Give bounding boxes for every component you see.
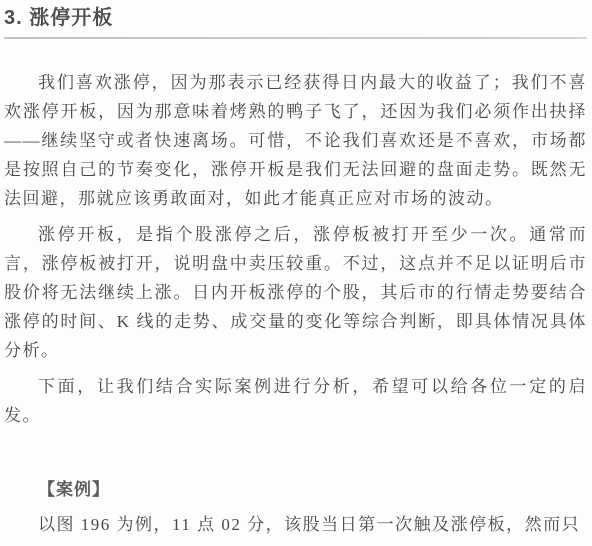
- section-title: 3. 涨停开板: [4, 6, 587, 30]
- title-divider: [4, 37, 587, 39]
- case-paragraph: 以图 196 为例，11 点 02 分，该股当日第一次触及涨停板，然而只: [4, 510, 587, 539]
- body-text: 我们喜欢涨停，因为那表示已经获得日内最大的收益了；我们不喜欢涨停开板，因为那意味…: [4, 68, 587, 539]
- book-page: 3. 涨停开板 我们喜欢涨停，因为那表示已经获得日内最大的收益了；我们不喜欢涨停…: [0, 0, 592, 546]
- paragraph-lead-in: 下面，让我们结合实际案例进行分析，希望可以给各位一定的启发。: [4, 372, 587, 430]
- paragraph-definition: 涨停开板，是指个股涨停之后，涨停板被打开至少一次。通常而言，涨停板被打开，说明盘…: [4, 220, 587, 365]
- paragraph-intro: 我们喜欢涨停，因为那表示已经获得日内最大的收益了；我们不喜欢涨停开板，因为那意味…: [4, 68, 587, 213]
- case-section-label: 【案例】: [4, 475, 587, 504]
